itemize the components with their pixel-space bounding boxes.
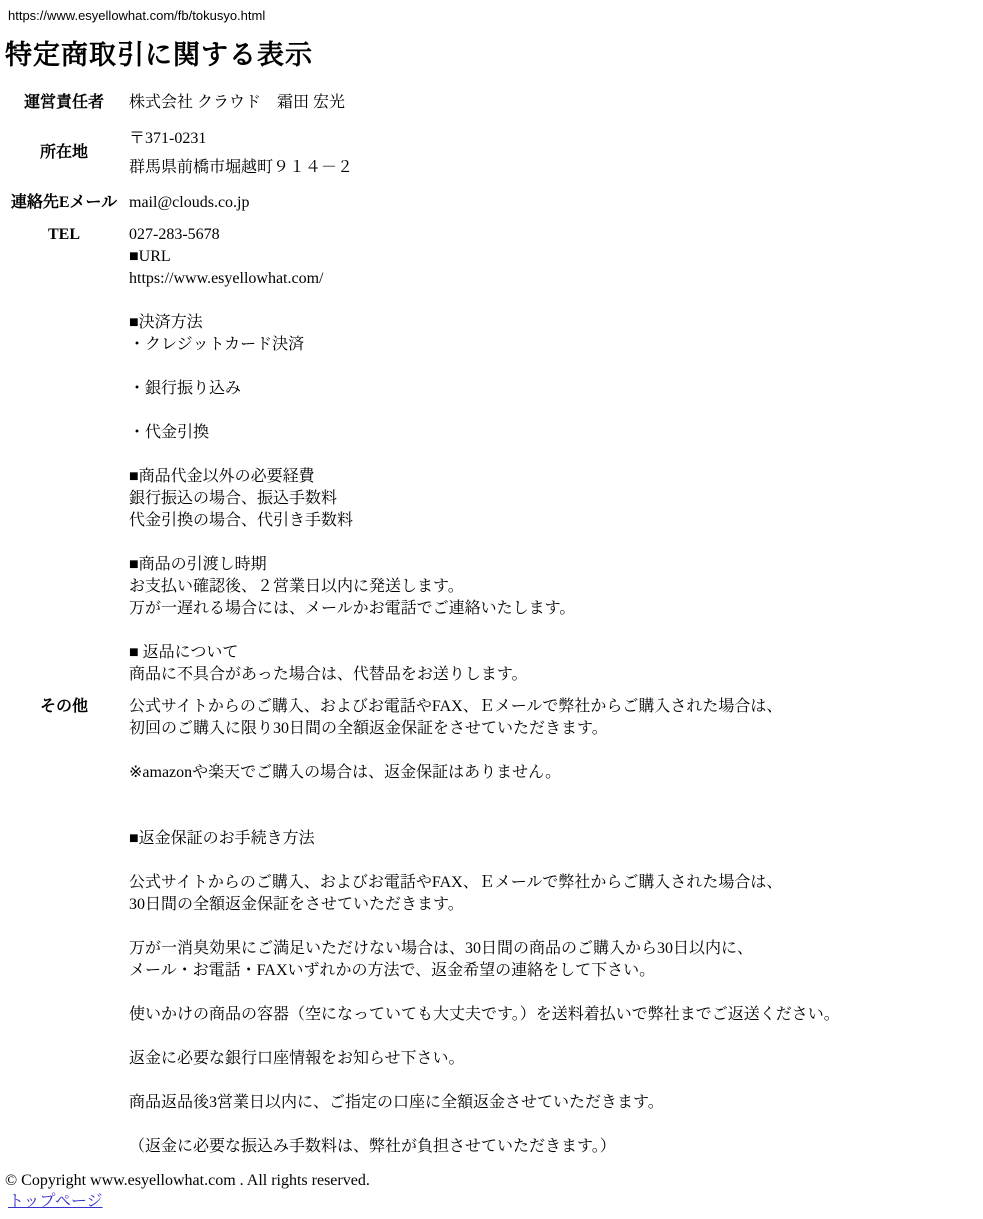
commercial-transactions-table: 運営責任者 株式会社 クラウド 霜田 宏光 所在地 〒371-0231 群馬県前… (5, 87, 840, 1163)
table-row-address: 所在地 〒371-0231 群馬県前橋市堀越町９１４－２ (5, 119, 840, 187)
row-value-other: 公式サイトからのご購入、およびお電話やFAX、Ｅメールで弊社からご購入された場合… (123, 691, 840, 1163)
row-label-operator: 運営責任者 (5, 87, 123, 119)
table-row-tel: TEL 027-283-5678 ■URL https://www.esyell… (5, 219, 840, 691)
row-value-email: mail@clouds.co.jp (123, 187, 840, 219)
row-label-address: 所在地 (5, 119, 123, 187)
copyright-text: © Copyright www.esyellowhat.com . All ri… (5, 1171, 975, 1191)
top-link-row: トップページ (8, 1191, 975, 1213)
table-row-operator: 運営責任者 株式会社 クラウド 霜田 宏光 (5, 87, 840, 119)
row-label-other: その他 (5, 691, 123, 1163)
row-value-tel: 027-283-5678 ■URL https://www.esyellowha… (123, 219, 840, 691)
address-url-text: https://www.esyellowhat.com/fb/tokusyo.h… (8, 8, 975, 23)
table-row-email: 連絡先Eメール mail@clouds.co.jp (5, 187, 840, 219)
page-title: 特定商取引に関する表示 (5, 39, 975, 71)
row-label-tel: TEL (5, 219, 123, 691)
table-row-other: その他 公式サイトからのご購入、およびお電話やFAX、Ｅメールで弊社からご購入さ… (5, 691, 840, 1163)
row-value-operator: 株式会社 クラウド 霜田 宏光 (123, 87, 840, 119)
row-value-address: 〒371-0231 群馬県前橋市堀越町９１４－２ (123, 119, 840, 187)
top-page-link[interactable]: トップページ (8, 1193, 103, 1210)
row-label-email: 連絡先Eメール (5, 187, 123, 219)
